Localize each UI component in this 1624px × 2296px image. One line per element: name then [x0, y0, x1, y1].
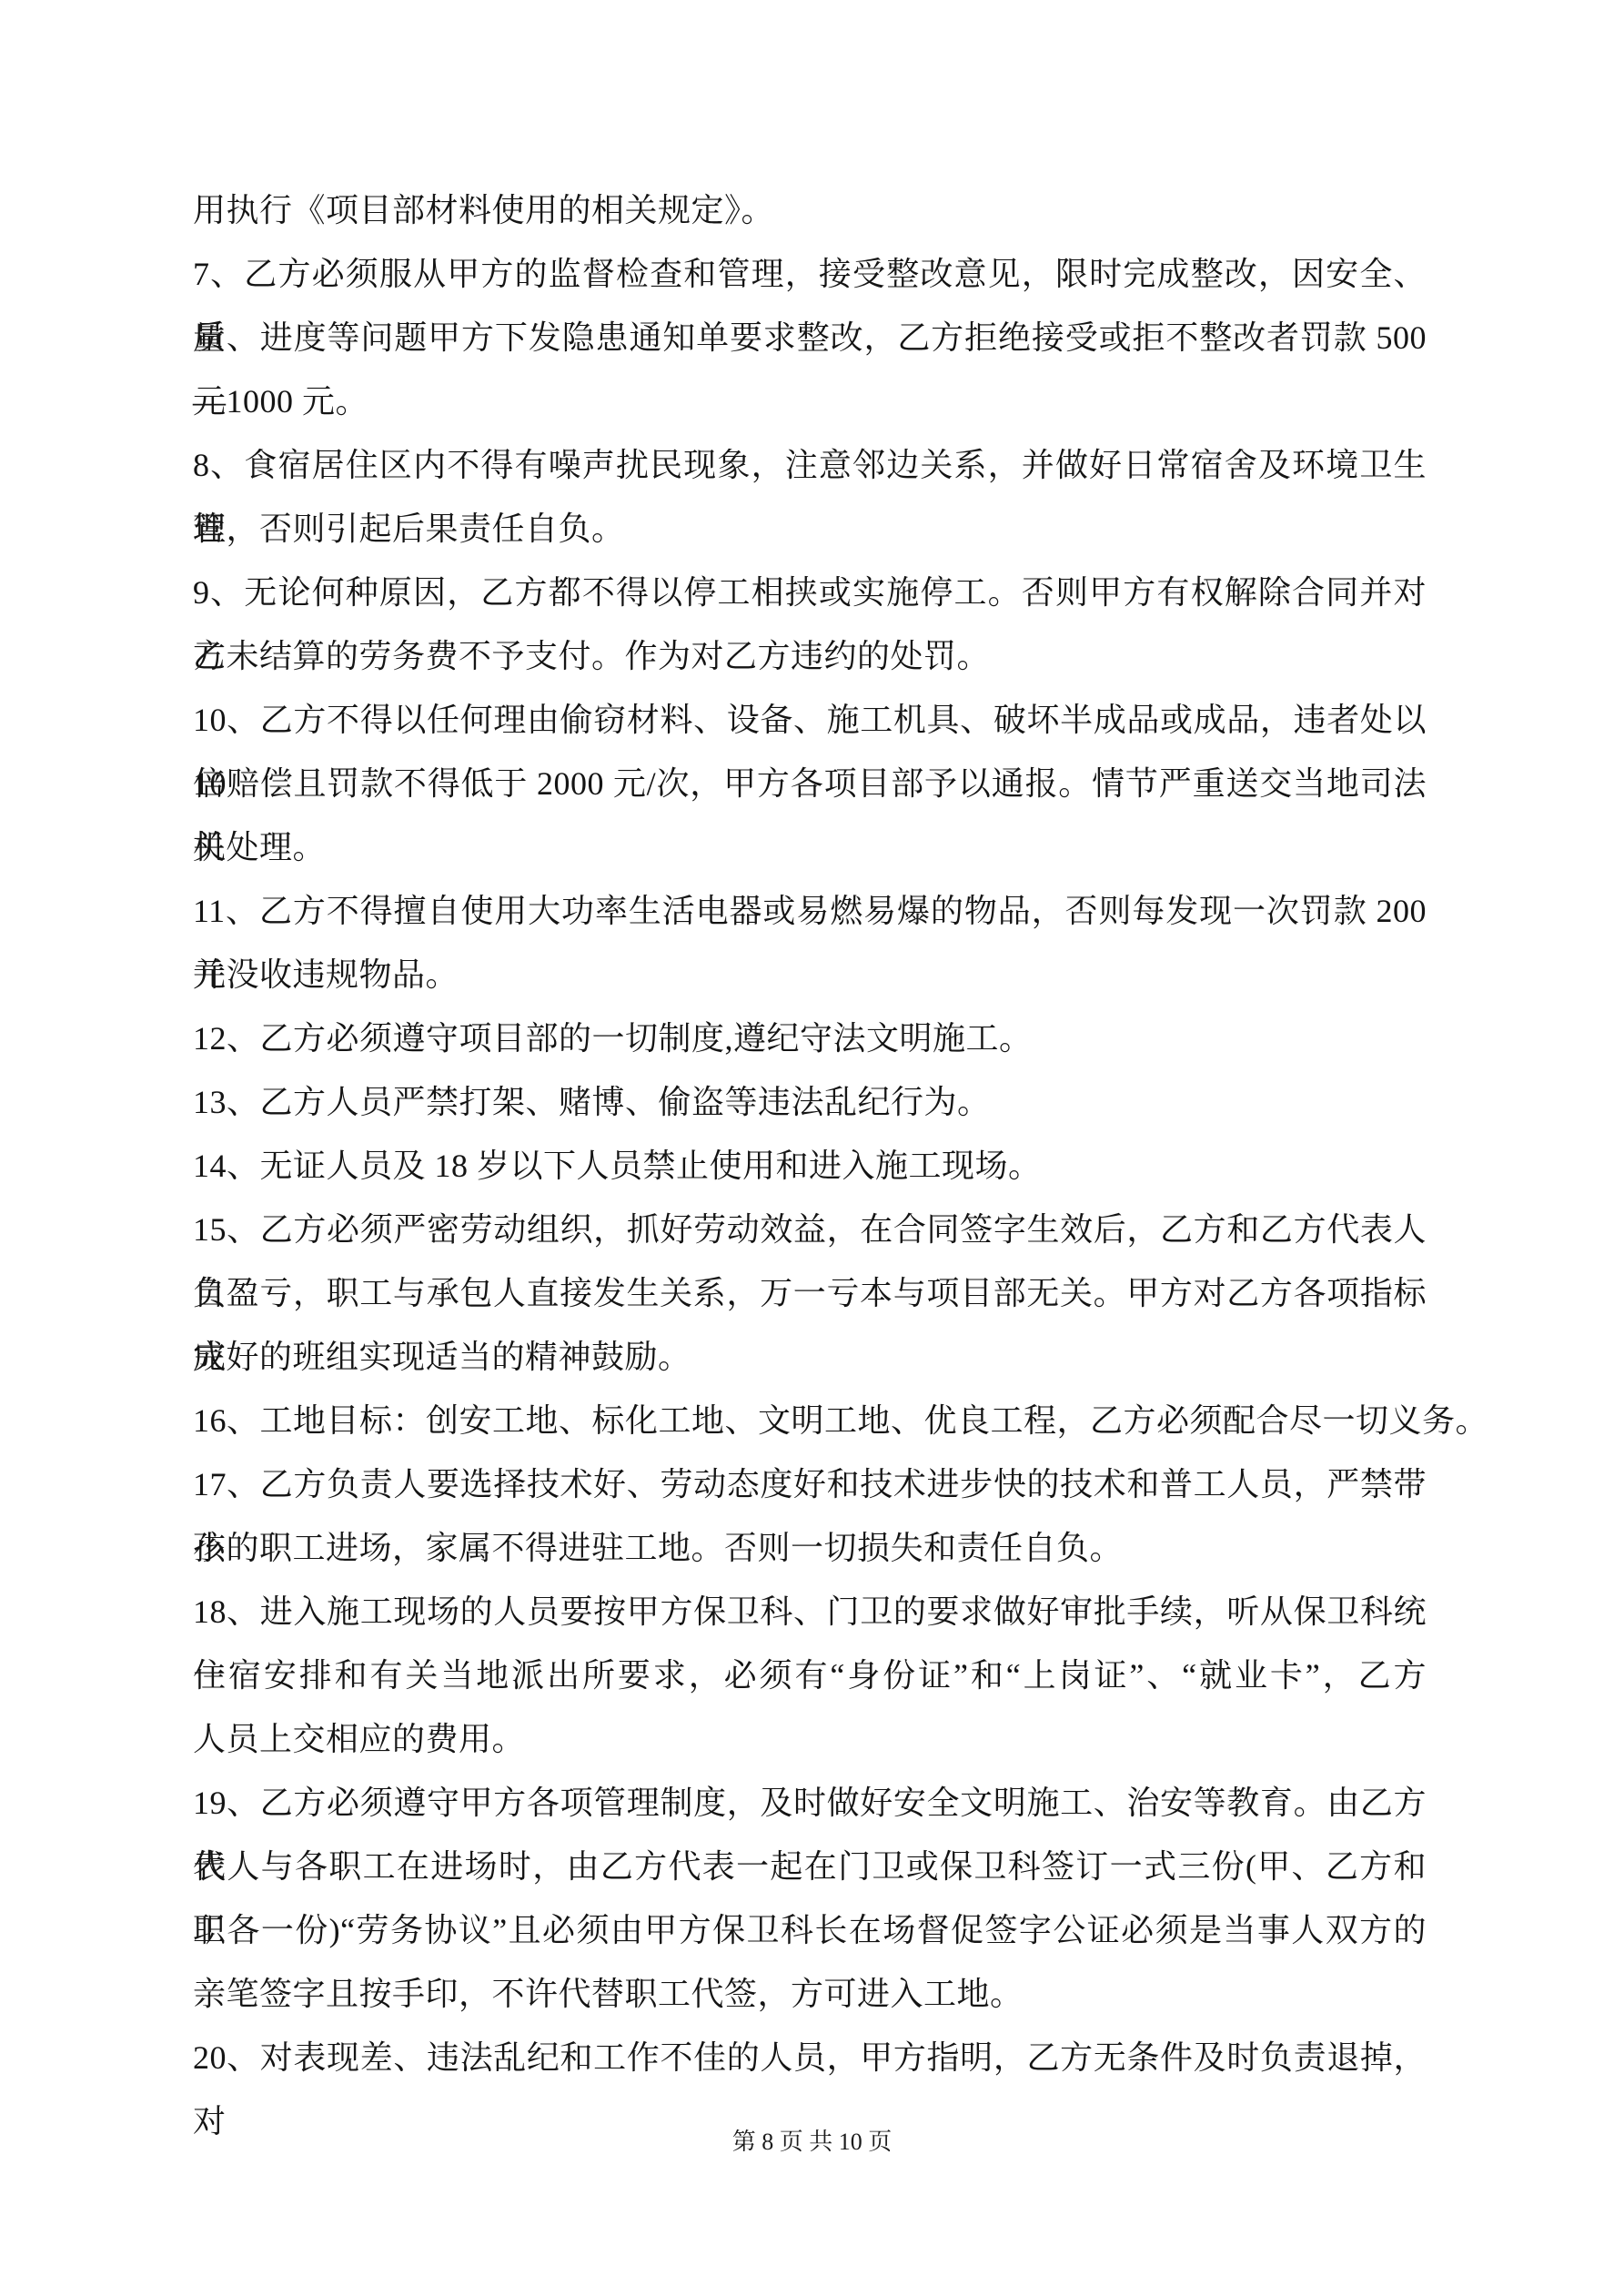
text-line: 工各一份)“劳务协议”且必须由甲方保卫科长在场督促签字公证必须是当事人双方的 — [193, 1898, 1427, 1962]
contract-text-block: 用执行《项目部材料使用的相关规定》。7、乙方必须服从甲方的监督检查和管理，接受整… — [193, 178, 1427, 2089]
text-line: 18、进入施工现场的人员要按甲方保卫科、门卫的要求做好审批手续，听从保卫科统一 — [193, 1580, 1427, 1644]
text-line: 15、乙方必须严密劳动组织，抓好劳动效益，在合同签字生效后，乙方和乙方代表人自 — [193, 1198, 1427, 1261]
text-line: 方未结算的劳务费不予支付。作为对乙方违约的处罚。 — [193, 624, 1427, 688]
text-line: 理，否则引起后果责任自负。 — [193, 497, 1427, 561]
text-line: 并没收违规物品。 — [193, 943, 1427, 1006]
text-line: 20、对表现差、违法乱纪和工作不佳的人员，甲方指明，乙方无条件及时负责退掉，对 — [193, 2026, 1427, 2089]
text-line: 13、乙方人员严禁打架、赌博、偷盗等违法乱纪行为。 — [193, 1070, 1427, 1134]
text-line: 9、无论何种原因，乙方都不得以停工相挟或实施停工。否则甲方有权解除合同并对乙 — [193, 561, 1427, 624]
document-page: 用执行《项目部材料使用的相关规定》。7、乙方必须服从甲方的监督检查和管理，接受整… — [0, 0, 1624, 2296]
text-line: 7、乙方必须服从甲方的监督检查和管理，接受整改意见，限时完成整改，因安全、质 — [193, 242, 1427, 306]
text-line: 10、乙方不得以任何理由偷窃材料、设备、施工机具、破坏半成品或成品，违者处以 1… — [193, 688, 1427, 752]
text-line: 关处理。 — [193, 815, 1427, 879]
text-line: 孩的职工进场，家属不得进驻工地。否则一切损失和责任自负。 — [193, 1516, 1427, 1580]
page-number: 第 8 页 共 10 页 — [0, 2128, 1624, 2157]
text-line: 表人与各职工在进场时，由乙方代表一起在门卫或保卫科签订一式三份(甲、乙方和职 — [193, 1835, 1427, 1898]
text-line: 倍赔偿且罚款不得低于 2000 元/次，甲方各项目部予以通报。情节严重送交当地司… — [193, 752, 1427, 815]
text-line: 11、乙方不得擅自使用大功率生活电器或易燃易爆的物品，否则每发现一次罚款 200… — [193, 879, 1427, 943]
text-line: 14、无证人员及 18 岁以下人员禁止使用和进入施工现场。 — [193, 1134, 1427, 1198]
text-line: 负盈亏，职工与承包人直接发生关系，万一亏本与项目部无关。甲方对乙方各项指标完 — [193, 1261, 1427, 1325]
text-line: 17、乙方负责人要选择技术好、劳动态度好和技术进步快的技术和普工人员，严禁带小 — [193, 1452, 1427, 1516]
text-line: 住宿安排和有关当地派出所要求，必须有“身份证”和“上岗证”、“就业卡”，乙方 — [193, 1644, 1427, 1707]
text-line: 19、乙方必须遵守甲方各项管理制度，及时做好安全文明施工、治安等教育。由乙方代 — [193, 1771, 1427, 1835]
text-line: 12、乙方必须遵守项目部的一切制度,遵纪守法文明施工。 — [193, 1006, 1427, 1070]
text-line: 成好的班组实现适当的精神鼓励。 — [193, 1325, 1427, 1389]
text-line: 量、进度等问题甲方下发隐患通知单要求整改，乙方拒绝接受或拒不整改者罚款 500 … — [193, 306, 1427, 369]
text-line: —1000 元。 — [193, 369, 1427, 433]
text-line: 用执行《项目部材料使用的相关规定》。 — [193, 178, 1427, 242]
text-line: 人员上交相应的费用。 — [193, 1707, 1427, 1771]
text-line: 16、工地目标：创安工地、标化工地、文明工地、优良工程，乙方必须配合尽一切义务。 — [193, 1389, 1427, 1452]
text-line: 8、食宿居住区内不得有噪声扰民现象，注意邻边关系，并做好日常宿舍及环境卫生管 — [193, 433, 1427, 497]
text-line: 亲笔签字且按手印，不许代替职工代签，方可进入工地。 — [193, 1962, 1427, 2026]
